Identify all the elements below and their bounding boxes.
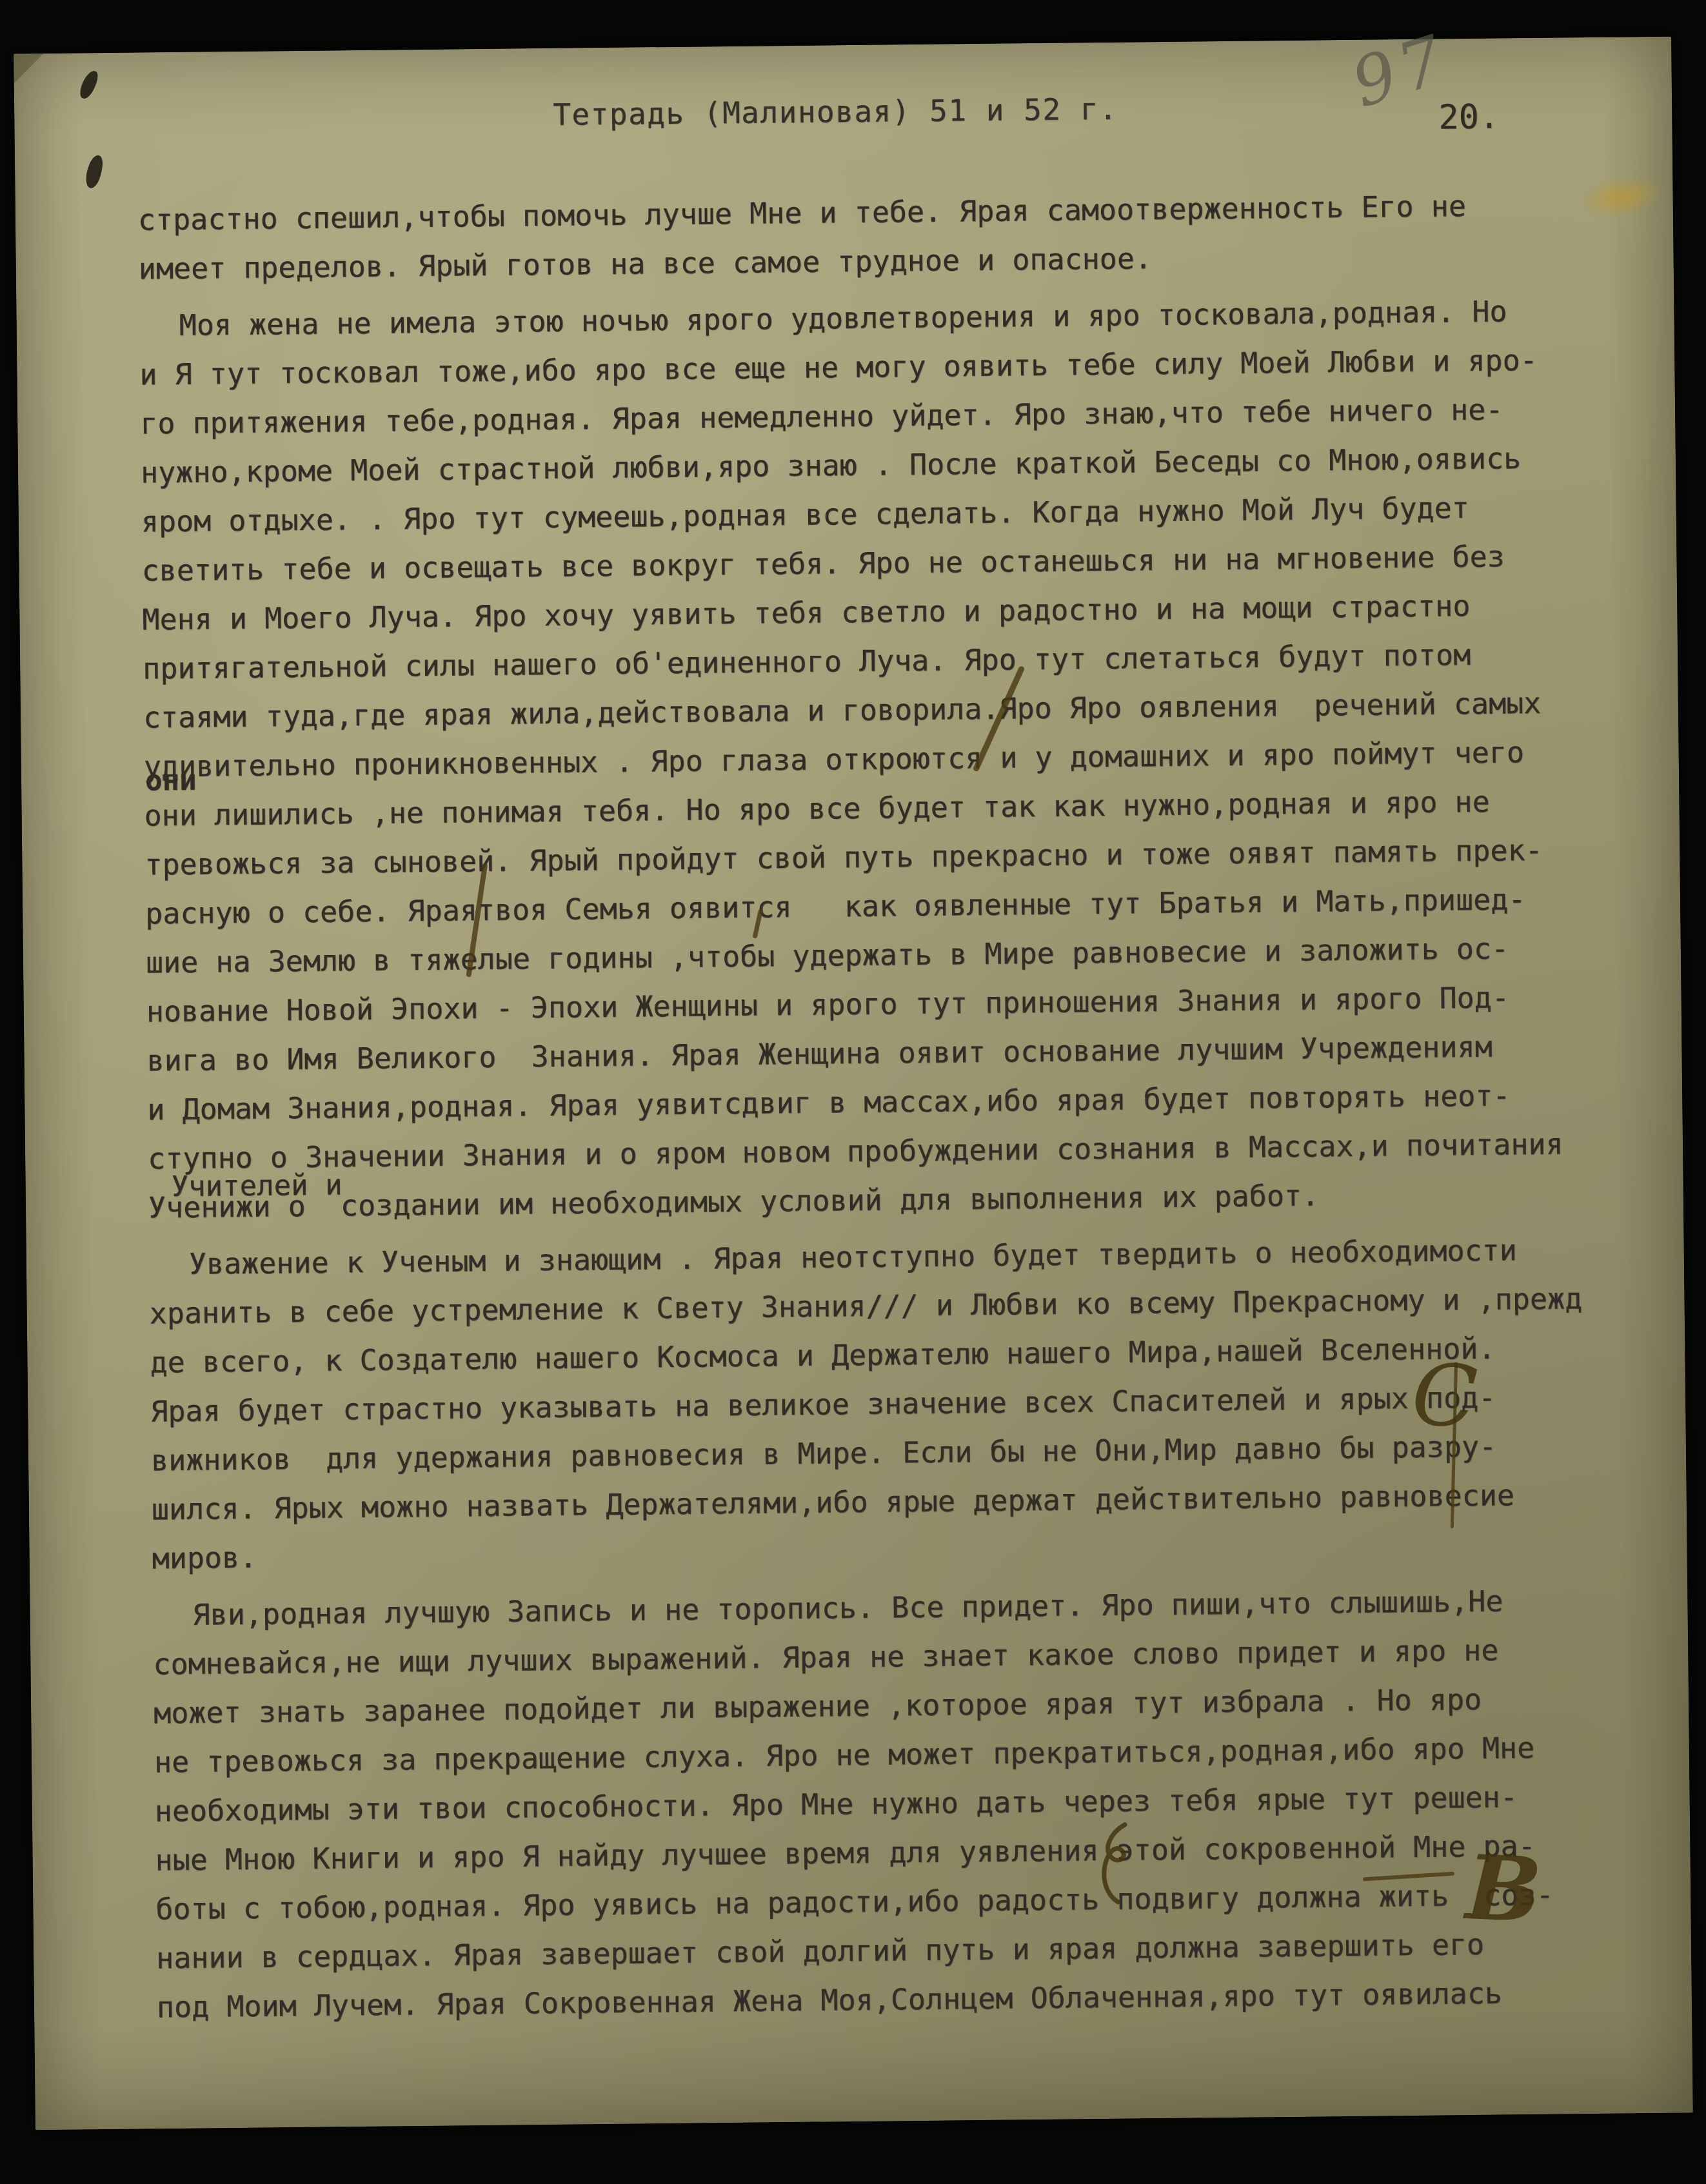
paper-sheet: 97 Тетрадь (Малиновая) 51 и 52 г. 20. ст… [14,37,1693,2130]
handwritten-letter-s: С [1409,1345,1480,1448]
page-title: Тетрадь (Малиновая) 51 и 52 г. [553,92,1118,132]
interline-insert-they: они [145,767,197,796]
handwritten-letter-v: В [1464,1835,1543,1943]
pen-flourish-mark [1091,1820,1137,1905]
ink-blob-mark [77,68,100,101]
folded-corner [14,54,43,83]
interline-insert-teachers: Учителей и [171,1171,342,1201]
typed-page-number: 20. [1438,97,1500,137]
body-text: страстно спешил,чтобы помочь лучше Мне и… [138,180,1680,2032]
ink-blob-mark [84,154,104,190]
